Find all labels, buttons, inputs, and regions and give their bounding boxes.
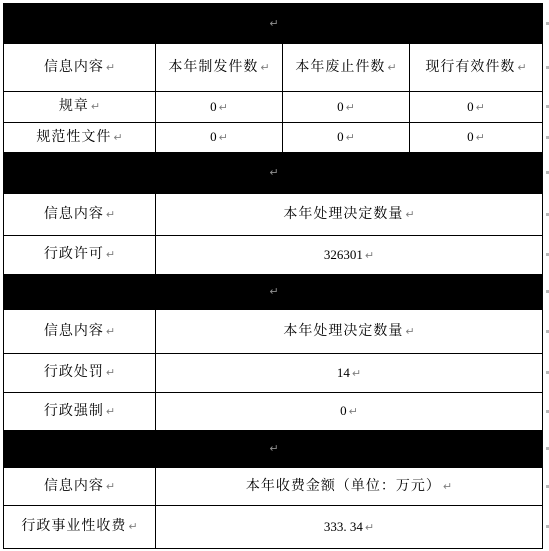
row-label: 行政事业性收费 — [21, 519, 126, 534]
value-cell: 14↵ — [156, 354, 543, 393]
paragraph-mark-icon: ↵ — [269, 285, 278, 298]
paragraph-mark-icon: ↵ — [346, 131, 355, 144]
paragraph-mark-icon: ↵ — [91, 100, 100, 113]
row-label-cell: 行政许可↵ — [4, 236, 156, 275]
value-cell: 0↵ — [283, 92, 410, 123]
header-cell: 本年废止件数↵ — [283, 44, 410, 92]
paragraph-mark-icon: ↵ — [405, 325, 414, 338]
header-cell: 现行有效件数↵ — [410, 44, 543, 92]
table-row: 行政事业性收费↵ 333. 34↵ — [4, 506, 543, 549]
paragraph-mark-icon: ↵ — [365, 249, 374, 262]
section-1-band-cell: ↵ — [4, 4, 543, 44]
table-row: 行政处罚↵ 14↵ — [4, 354, 543, 393]
paragraph-mark-icon: ↵ — [365, 521, 374, 534]
value-cell: 0↵ — [283, 123, 410, 153]
header-label: 本年处理决定数量 — [283, 207, 403, 222]
paragraph-mark-icon: ↵ — [405, 208, 414, 221]
document-page: ↵ 信息内容↵ 本年制发件数↵ 本年废止件数↵ 现行有效件数↵ 规章↵ 0↵ 0… — [0, 0, 549, 551]
header-label: 信息内容 — [44, 60, 104, 75]
paragraph-mark-icon: ↵ — [113, 131, 122, 144]
table-row: 行政强制↵ 0↵ — [4, 393, 543, 431]
section-3-band: ↵ — [4, 275, 543, 310]
row-label: 行政处罚 — [44, 365, 104, 380]
header-cell: 信息内容↵ — [4, 310, 156, 354]
paragraph-mark-icon: ↵ — [106, 366, 115, 379]
section-4-header-row: 信息内容↵ 本年收费金额（单位：万元）↵ — [4, 468, 543, 506]
header-cell: 信息内容↵ — [4, 44, 156, 92]
row-label-cell: 行政事业性收费↵ — [4, 506, 156, 549]
header-label: 本年制发件数 — [168, 60, 258, 75]
value-cell: 0↵ — [410, 123, 543, 153]
paragraph-mark-icon: ↵ — [269, 442, 278, 455]
header-cell: 本年收费金额（单位：万元）↵ — [156, 468, 543, 506]
cell-value: 0 — [340, 403, 347, 418]
header-cell: 本年处理决定数量↵ — [156, 194, 543, 236]
section-4-band: ↵ — [4, 431, 543, 468]
paragraph-mark-icon: ↵ — [260, 61, 269, 74]
row-label: 规范性文件 — [36, 130, 111, 145]
paragraph-mark-icon: ↵ — [106, 248, 115, 261]
value-cell: 326301↵ — [156, 236, 543, 275]
header-label: 本年收费金额（单位：万元） — [246, 479, 441, 494]
paragraph-mark-icon: ↵ — [269, 166, 278, 179]
row-label: 规章 — [59, 99, 89, 114]
header-label: 现行有效件数 — [425, 60, 515, 75]
header-label: 信息内容 — [44, 479, 104, 494]
section-1-header-row: 信息内容↵ 本年制发件数↵ 本年废止件数↵ 现行有效件数↵ — [4, 44, 543, 92]
paragraph-mark-icon: ↵ — [106, 208, 115, 221]
row-label-cell: 规范性文件↵ — [4, 123, 156, 153]
paragraph-mark-icon: ↵ — [128, 520, 137, 533]
paragraph-mark-icon: ↵ — [352, 367, 361, 380]
table-row: 规范性文件↵ 0↵ 0↵ 0↵ — [4, 123, 543, 153]
cell-value: 0 — [467, 129, 474, 144]
value-cell: 0↵ — [410, 92, 543, 123]
header-label: 信息内容 — [44, 324, 104, 339]
section-3-header-row: 信息内容↵ 本年处理决定数量↵ — [4, 310, 543, 354]
row-label: 行政许可 — [44, 247, 104, 262]
header-cell: 本年处理决定数量↵ — [156, 310, 543, 354]
section-2-band: ↵ — [4, 153, 543, 194]
row-label-cell: 规章↵ — [4, 92, 156, 123]
paragraph-mark-icon: ↵ — [106, 325, 115, 338]
cell-value: 0 — [337, 129, 344, 144]
table-row: 规章↵ 0↵ 0↵ 0↵ — [4, 92, 543, 123]
cell-value: 0 — [210, 99, 217, 114]
cell-value: 0 — [467, 99, 474, 114]
cell-value: 333. 34 — [324, 519, 363, 534]
table-row: 行政许可↵ 326301↵ — [4, 236, 543, 275]
paragraph-mark-icon: ↵ — [106, 61, 115, 74]
info-disclosure-table: ↵ 信息内容↵ 本年制发件数↵ 本年废止件数↵ 现行有效件数↵ 规章↵ 0↵ 0… — [3, 3, 543, 549]
cell-value: 326301 — [324, 247, 363, 262]
cell-value: 0 — [210, 129, 217, 144]
paragraph-mark-icon: ↵ — [443, 480, 452, 493]
section-3-band-cell: ↵ — [4, 275, 543, 310]
value-cell: 0↵ — [156, 92, 283, 123]
value-cell: 0↵ — [156, 393, 543, 431]
section-2-band-cell: ↵ — [4, 153, 543, 194]
paragraph-mark-icon: ↵ — [517, 61, 526, 74]
paragraph-mark-icon: ↵ — [346, 101, 355, 114]
value-cell: 0↵ — [156, 123, 283, 153]
header-cell: 信息内容↵ — [4, 194, 156, 236]
cell-value: 0 — [337, 99, 344, 114]
paragraph-mark-icon: ↵ — [476, 101, 485, 114]
header-label: 本年处理决定数量 — [283, 324, 403, 339]
row-label: 行政强制 — [44, 404, 104, 419]
row-label-cell: 行政强制↵ — [4, 393, 156, 431]
paragraph-mark-icon: ↵ — [387, 61, 396, 74]
paragraph-mark-icon: ↵ — [106, 405, 115, 418]
header-cell: 本年制发件数↵ — [156, 44, 283, 92]
header-label: 本年废止件数 — [295, 60, 385, 75]
section-2-header-row: 信息内容↵ 本年处理决定数量↵ — [4, 194, 543, 236]
paragraph-mark-icon: ↵ — [106, 480, 115, 493]
paragraph-mark-icon: ↵ — [269, 17, 278, 30]
cell-value: 14 — [337, 365, 350, 380]
paragraph-mark-icon: ↵ — [476, 131, 485, 144]
section-4-band-cell: ↵ — [4, 431, 543, 468]
header-label: 信息内容 — [44, 207, 104, 222]
value-cell: 333. 34↵ — [156, 506, 543, 549]
section-1-band: ↵ — [4, 4, 543, 44]
row-label-cell: 行政处罚↵ — [4, 354, 156, 393]
paragraph-mark-icon: ↵ — [219, 101, 228, 114]
header-cell: 信息内容↵ — [4, 468, 156, 506]
paragraph-mark-icon: ↵ — [349, 405, 358, 418]
paragraph-mark-icon: ↵ — [219, 131, 228, 144]
